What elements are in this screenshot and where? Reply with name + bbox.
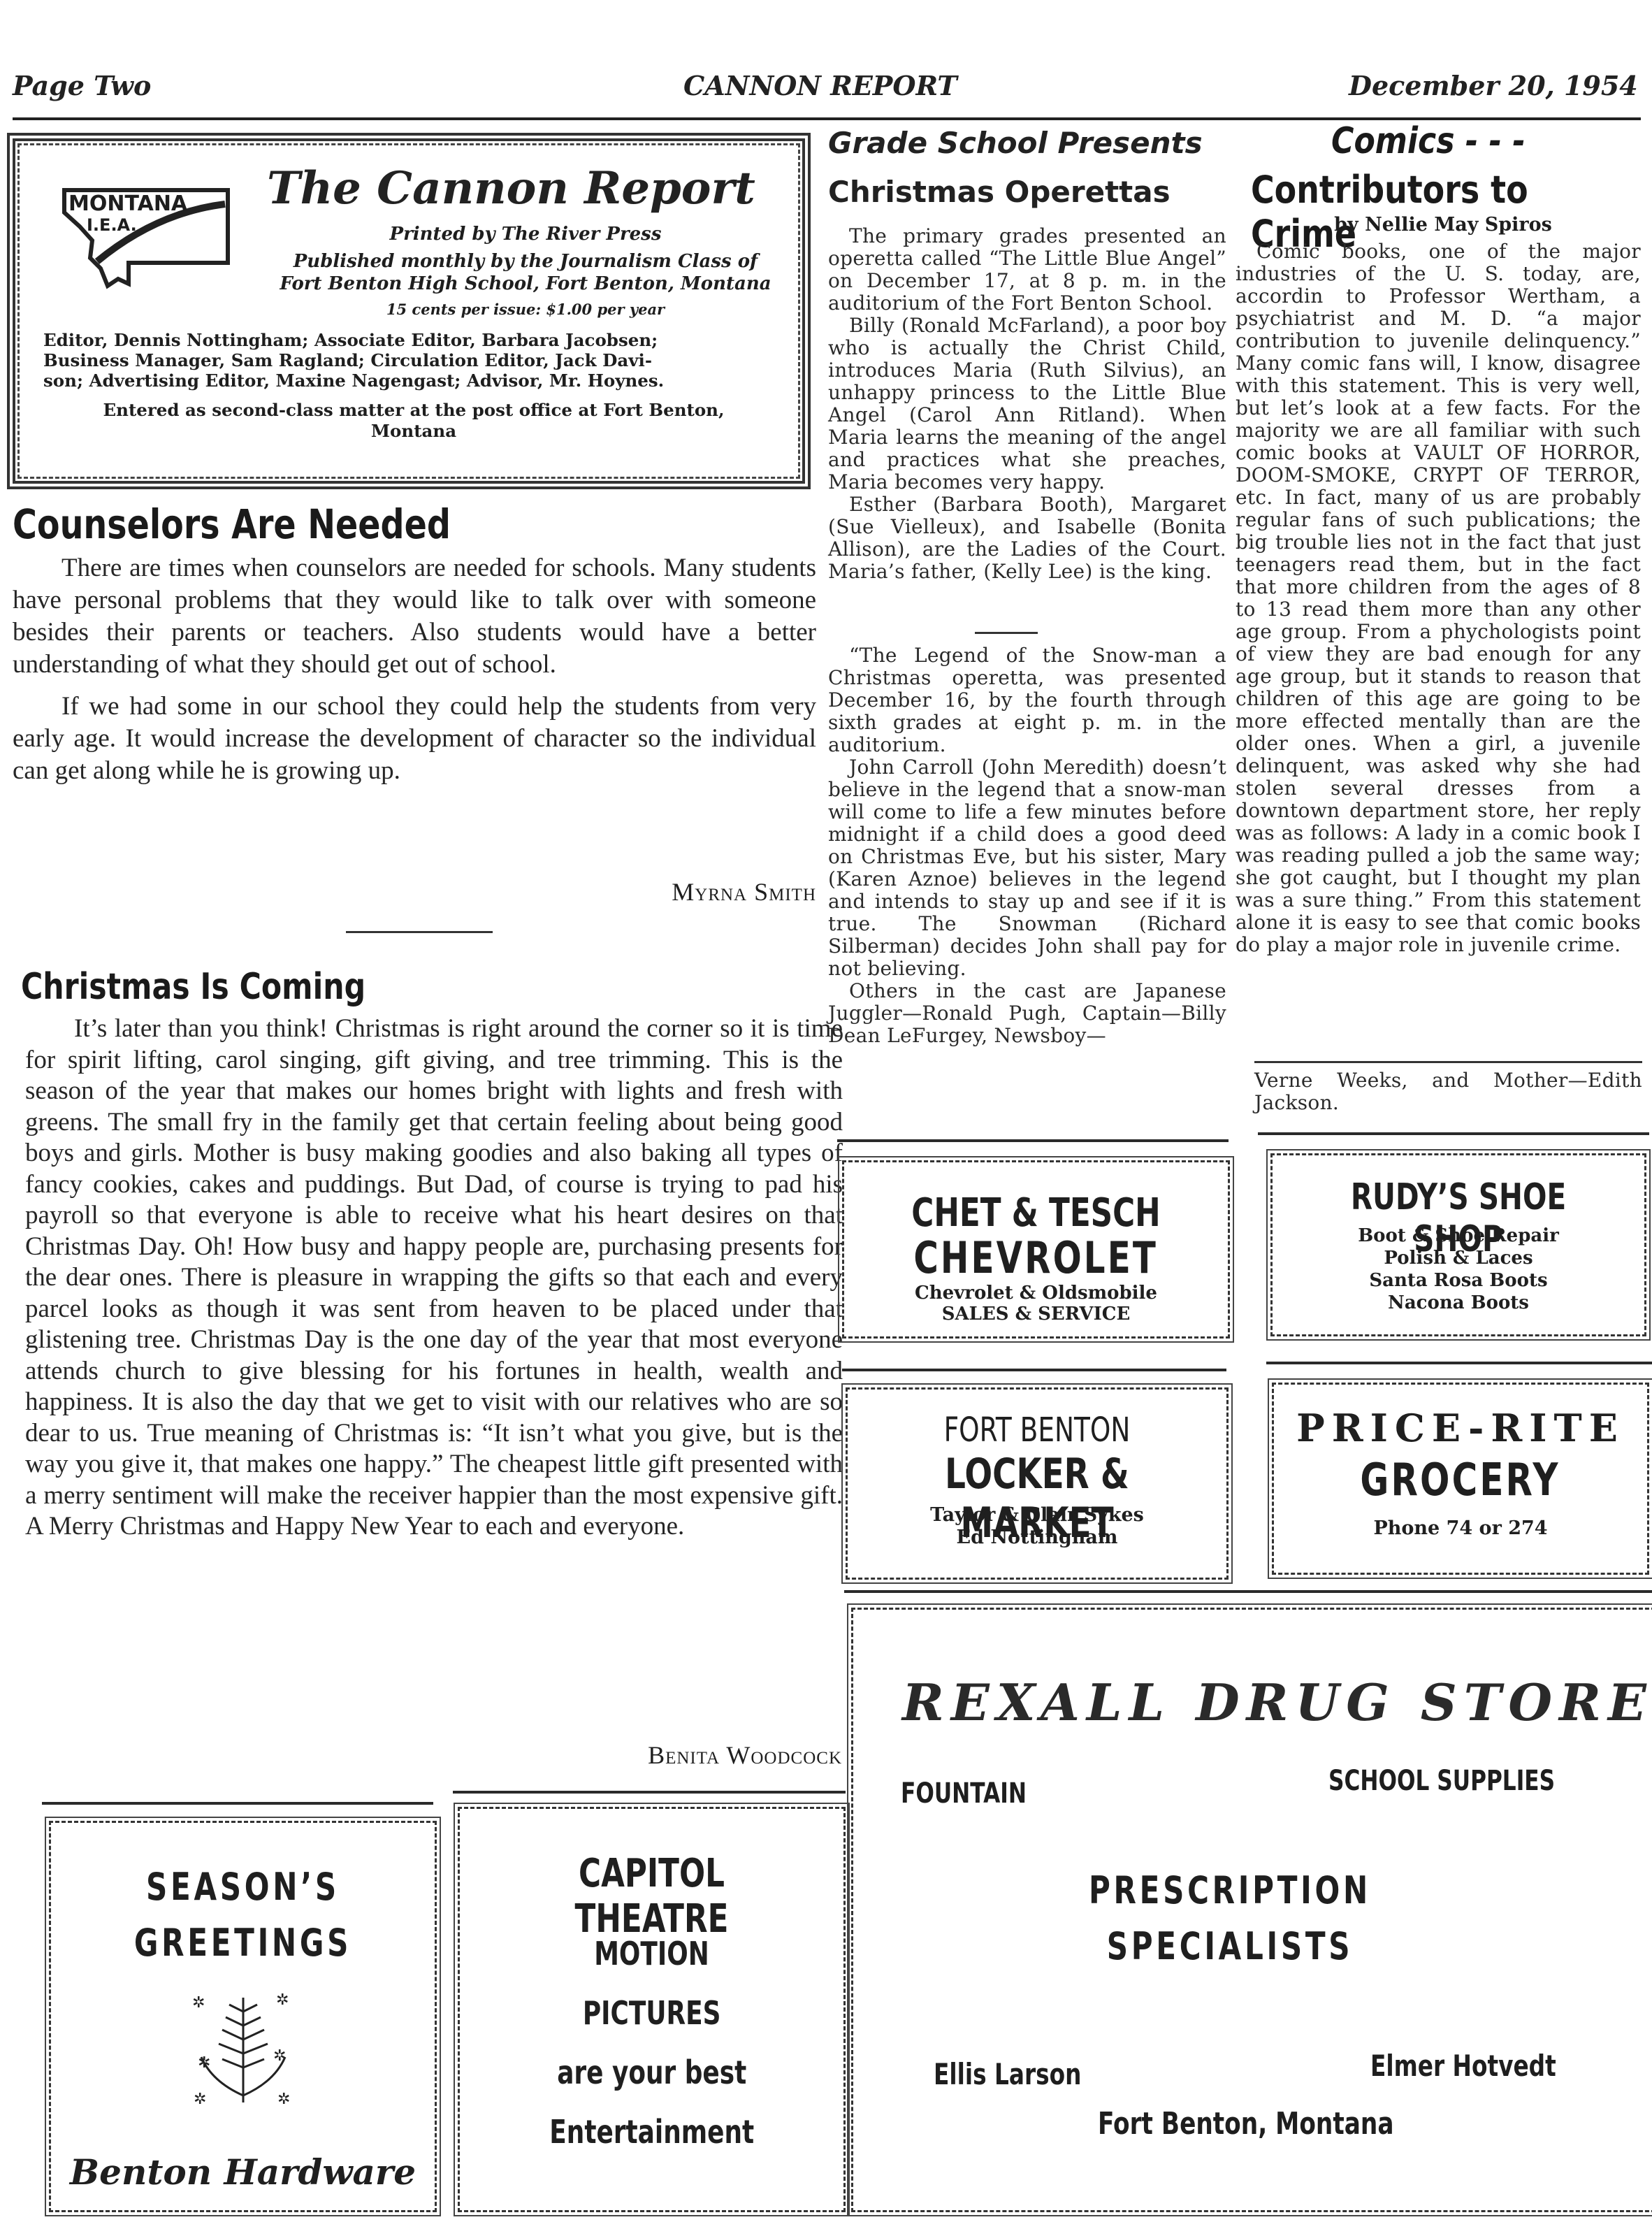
article-divider: [346, 931, 493, 933]
ad-line: Elmer Hotvedt: [1370, 2049, 1609, 2083]
article-paragraph: Others in the cast are Japanese Juggler—…: [828, 980, 1226, 1047]
ad-headline: SEASON’S: [51, 1865, 435, 1909]
ad-rule: [1258, 1132, 1649, 1135]
article-paragraph: Billy (Ronald McFarland), a poor boy who…: [828, 315, 1226, 493]
postal-notice: Entered as second-class matter at the po…: [43, 400, 784, 442]
issue-date: December 20, 1954: [1349, 70, 1638, 101]
christmas-article: It’s later than you think! Christmas is …: [25, 1013, 843, 1543]
staff-line: Business Manager, Sam Ragland; Circulati…: [43, 350, 784, 370]
article-divider: [1254, 1061, 1642, 1063]
grocery-ad: PRICE-RITE GROCERY Phone 74 or 274: [1272, 1383, 1649, 1575]
operettas-continuation: Verne Weeks, and Mother—Edith Jackson.: [1254, 1069, 1642, 1114]
ad-rule: [453, 1791, 846, 1794]
ad-line: CHET & TESCH: [911, 1190, 1160, 1236]
ad-line: SCHOOL SUPPLIES: [1328, 1765, 1619, 1797]
svg-text:✲: ✲: [192, 1994, 205, 2012]
ad-line: are your best: [557, 2054, 746, 2091]
published-line-1: Published monthly by the Journalism Clas…: [246, 250, 805, 273]
ad-line: Fort Benton, Montana: [1098, 2106, 1477, 2142]
published-by: Published monthly by the Journalism Clas…: [246, 250, 805, 295]
svg-text:✲: ✲: [276, 1991, 289, 2009]
ad-line: are your best: [460, 2054, 843, 2091]
ad-rule: [42, 1802, 433, 1805]
article-paragraph: There are times when counselors are need…: [13, 552, 816, 681]
staff-line: son; Advertising Editor, Maxine Nagengas…: [43, 370, 784, 391]
hardware-ad: SEASON’S GREETINGS ✲✲ ✲✲ ✲✲ Benton Hardw…: [49, 1821, 437, 2212]
ad-line: GROCERY: [1361, 1455, 1560, 1506]
shoe-shop-ad: RUDY’S SHOE SHOP Boot & Shoe Repair Poli…: [1270, 1153, 1646, 1336]
published-line-2: Fort Benton High School, Fort Benton, Mo…: [246, 273, 805, 295]
ad-line: PICTURES: [583, 1994, 721, 2032]
ad-line: Nacona Boots: [1273, 1292, 1644, 1313]
article-paragraph: If we had some in our school they could …: [13, 691, 816, 787]
ad-headline: PRICE-RITE: [1274, 1406, 1647, 1450]
operettas-article-part1: The primary grades presented an operetta…: [828, 225, 1226, 583]
ad-line: Chevrolet & Oldsmobile: [844, 1283, 1228, 1304]
operettas-kicker: Grade School Presents: [828, 126, 1203, 160]
ad-line: Entertainment: [549, 2113, 754, 2151]
ad-line: Entertainment: [460, 2113, 843, 2151]
ad-line: FOUNTAIN: [901, 1777, 1062, 1810]
ad-line: PICTURES: [460, 1994, 843, 2032]
chevrolet-ad: CHET & TESCH CHEVROLET Chevrolet & Oldsm…: [842, 1160, 1230, 1339]
logo-text-montana: MONTANA: [68, 192, 187, 216]
article-paragraph: The primary grades presented an operetta…: [828, 225, 1226, 315]
page-label: Page Two: [13, 70, 151, 101]
ad-line: Polish & Laces: [1273, 1248, 1644, 1269]
ad-headline: FORT BENTON: [848, 1411, 1226, 1450]
ad-line: Phone 74 or 274: [1274, 1517, 1647, 1539]
counselors-headline: Counselors Are Needed: [13, 500, 451, 548]
comics-kicker: Comics - - -: [1331, 120, 1526, 162]
ad-line: GREETINGS: [134, 1921, 352, 1965]
rexall-ad: REXALL DRUG STORE FOUNTAIN SCHOOL SUPPLI…: [851, 1608, 1652, 2212]
ad-headline: GREETINGS: [51, 1921, 435, 1965]
ad-line: Ellis Larson: [934, 2057, 1081, 2091]
ad-line: Taylor & Clair Sykes: [848, 1504, 1226, 1526]
operettas-headline: Christmas Operettas: [828, 175, 1171, 209]
article-paragraph: It’s later than you think! Christmas is …: [25, 1013, 843, 1543]
ad-line: SCHOOL SUPPLIES: [1328, 1765, 1555, 1797]
ad-line: FORT BENTON: [944, 1411, 1131, 1450]
ad-headline: REXALL DRUG STORE: [902, 1673, 1652, 1732]
ad-headline: GROCERY: [1274, 1455, 1647, 1506]
staff-line: Editor, Dennis Nottingham; Associate Edi…: [43, 330, 784, 350]
ad-headline: CAPITOL THEATRE: [460, 1851, 843, 1942]
svg-text:✲: ✲: [277, 2091, 290, 2108]
postal-line-1: Entered as second-class matter at the po…: [43, 400, 784, 421]
ad-headline: SPECIALISTS: [853, 1924, 1606, 1968]
theatre-ad: CAPITOL THEATRE MOTION PICTURES are your…: [458, 1807, 846, 2212]
ad-rule: [844, 1590, 1652, 1593]
ad-line: MOTION: [460, 1935, 843, 1972]
counselors-author: Myrna Smith: [489, 877, 816, 907]
staff-list: Editor, Dennis Nottingham; Associate Edi…: [43, 330, 784, 391]
locker-market-ad: FORT BENTON LOCKER & MARKET Taylor & Cla…: [846, 1387, 1229, 1580]
ad-signature: Benton Hardware: [51, 2151, 435, 2193]
ad-headline: CHEVROLET: [844, 1232, 1228, 1283]
ad-line: Ed Nottingham: [848, 1527, 1226, 1548]
staff-box: MONTANA I.E.A. The Cannon Report Printed…: [7, 133, 811, 489]
ad-rule: [842, 1369, 1226, 1371]
ad-headline: PRESCRIPTION: [853, 1868, 1606, 1912]
ad-line: Santa Rosa Boots: [1273, 1270, 1644, 1291]
subscription-price: 15 cents per issue: $1.00 per year: [246, 301, 805, 318]
logo-text-iea: I.E.A.: [87, 215, 137, 235]
svg-text:✲: ✲: [273, 2047, 286, 2065]
ad-line: FOUNTAIN: [901, 1777, 1027, 1810]
ad-line: Fort Benton, Montana: [1098, 2106, 1394, 2142]
ad-line: MOTION: [594, 1935, 709, 1972]
svg-text:✲: ✲: [194, 2091, 206, 2108]
svg-text:✲: ✲: [198, 2054, 210, 2072]
pine-branch-stars-icon: ✲✲ ✲✲ ✲✲: [191, 1991, 296, 2109]
ad-line: PRESCRIPTION: [1089, 1868, 1371, 1912]
ad-line: Boot & Shoe Repair: [1273, 1225, 1644, 1246]
ad-line: CHEVROLET: [914, 1232, 1159, 1283]
operettas-article-part2: “The Legend of the Snow-man a Christmas …: [828, 644, 1226, 1047]
article-paragraph: Esther (Barbara Booth), Margaret (Sue Vi…: [828, 493, 1226, 583]
ad-rule: [1266, 1362, 1652, 1364]
article-paragraph: “The Legend of the Snow-man a Christmas …: [828, 644, 1226, 756]
ad-line: Elmer Hotvedt: [1370, 2049, 1556, 2083]
ad-headline: CHET & TESCH: [844, 1190, 1228, 1236]
ad-line: SEASON’S: [146, 1865, 340, 1909]
counselors-article: There are times when counselors are need…: [13, 552, 816, 787]
postal-line-2: Montana: [43, 421, 784, 442]
comics-article: Comic books, one of the major industries…: [1236, 240, 1641, 956]
article-paragraph: John Carroll (John Meredith) doesn’t bel…: [828, 756, 1226, 980]
ad-line: SPECIALISTS: [1106, 1924, 1353, 1968]
ad-line: Ellis Larson: [934, 2057, 1123, 2091]
ad-line: CAPITOL THEATRE: [502, 1851, 801, 1942]
article-paragraph: Comic books, one of the major industries…: [1236, 240, 1641, 956]
montana-iea-logo: MONTANA I.E.A.: [59, 185, 230, 289]
ad-line: SALES & SERVICE: [844, 1304, 1228, 1325]
ad-rule: [837, 1139, 1229, 1142]
christmas-headline: Christmas Is Coming: [21, 966, 365, 1008]
article-divider: [975, 632, 1038, 634]
printed-by: Printed by The River Press: [246, 224, 805, 245]
paper-name: CANNON REPORT: [683, 70, 957, 101]
staff-box-title: The Cannon Report: [267, 162, 798, 215]
christmas-author: Benita Woodcock: [489, 1740, 842, 1770]
comics-byline: by Nellie May Spiros: [1244, 214, 1642, 236]
